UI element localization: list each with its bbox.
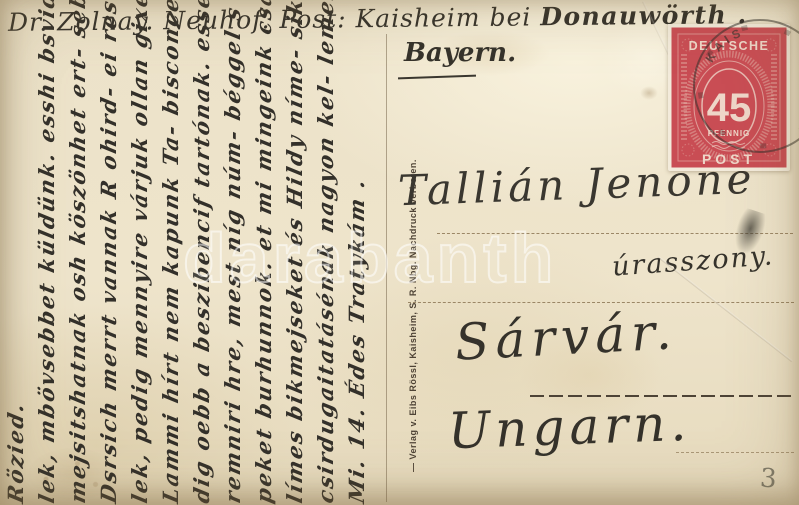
handwritten-underline <box>398 75 476 80</box>
message-line: Mi. 14. Édes Tratykám . <box>344 30 369 505</box>
message-line: lek, mbövsebbet küldünk. esshi bsvidess <box>34 30 59 505</box>
address-line-rule <box>676 452 794 453</box>
address-line-rule <box>408 302 794 303</box>
publisher-imprint: — Verlag v. Eibs Rössl, Kaisheim, S. R. … <box>408 100 418 472</box>
message-line: remniri hre, mest níg núm- béggel s ho <box>220 30 245 505</box>
postmark-circle <box>694 20 799 152</box>
address-town: Sárvár. <box>454 302 679 372</box>
message-line: Rözied. <box>3 30 28 505</box>
message-line: dig oebb a beszibencif tartónak. essei <box>189 30 214 505</box>
message-line: Lammi hírt nem kapunk Ta- bisconce hol <box>158 30 183 505</box>
message-line: peket burhunnok. et mi mingeink csak s <box>251 30 276 505</box>
postmark: KAIS <box>650 0 799 180</box>
address-country: Ungarn. <box>447 394 692 460</box>
sender-note-main: Dr. Zolnay. Neuhof. Post: Kaisheim bei <box>8 2 541 37</box>
message-line: csirdugaitatásénak nagyon kel- lemes s <box>313 30 338 505</box>
sender-note-line2: Bayern. <box>404 38 516 68</box>
message-line: límes bikmejseket és Hildy níme- sikeit <box>282 30 307 505</box>
message-line: Dsrsich merrt vannak R ohird- ei resit <box>96 30 121 505</box>
postcard-divider-line <box>386 34 387 502</box>
message-line: mejsitshatnak osh köszönhet ert- sebb s <box>65 30 90 505</box>
postcard-back: Dr. Zolnay. Neuhof. Post: Kaisheim bei D… <box>0 0 799 505</box>
pencil-annotation: 3 <box>759 463 778 494</box>
message-line: lek, pedig mennyire várjuk ollan gixet <box>127 30 152 505</box>
